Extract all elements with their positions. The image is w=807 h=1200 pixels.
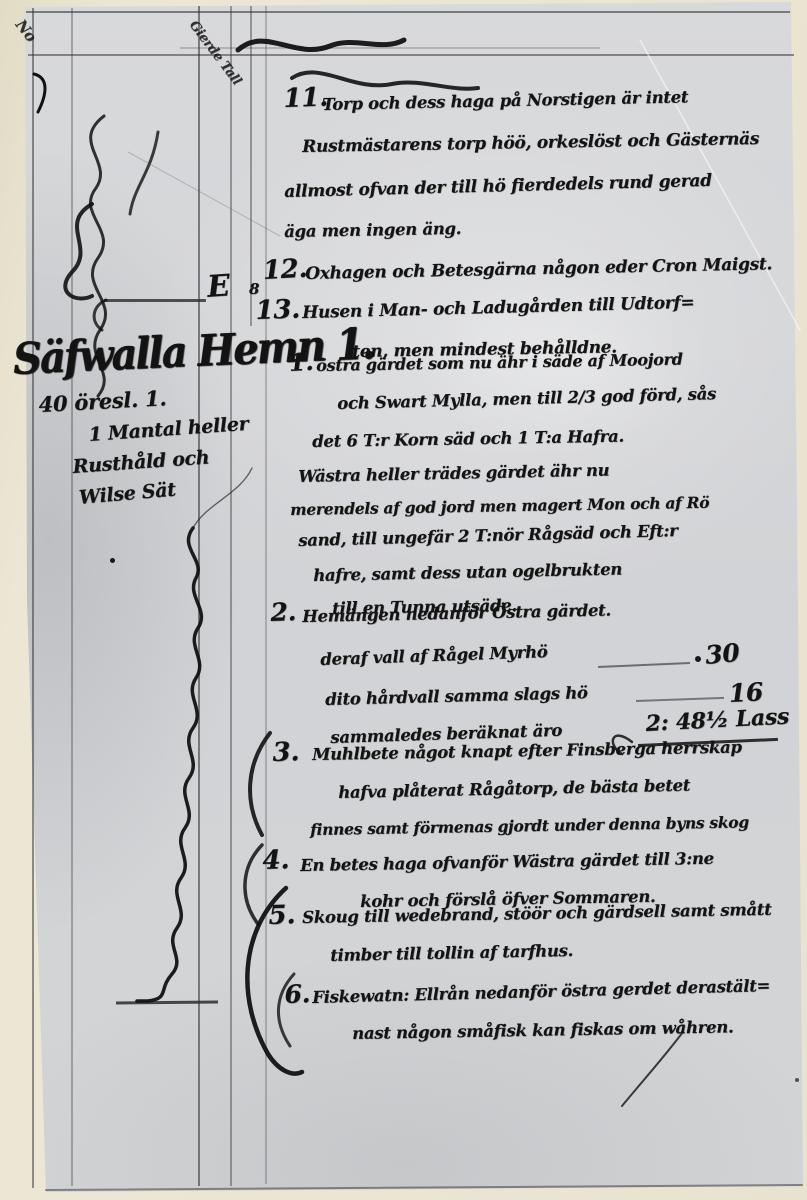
entry-number: 2.: [270, 597, 296, 627]
entry-number: 5.: [268, 900, 296, 931]
ruled-line-vertical: [198, 6, 200, 1186]
section-mark: E: [206, 268, 231, 304]
entry-number: 1.: [288, 347, 314, 377]
entry-number: 3.: [272, 737, 300, 768]
entry-number: 6.: [284, 979, 310, 1009]
hay-value: 16: [728, 677, 764, 708]
entry-number: 4.: [262, 845, 290, 876]
ruled-line-vertical: [265, 6, 267, 1184]
ruled-line-horizontal: [28, 54, 794, 56]
hay-value: 30: [704, 638, 741, 670]
ink-speck: [795, 1078, 799, 1082]
ruled-line-vertical: [230, 6, 232, 1186]
ruled-line-vertical: [32, 8, 34, 1188]
manuscript-photo: No Gierde Tall 11. Torp och dess haga på…: [0, 0, 807, 1200]
ruled-line-horizontal: [180, 47, 600, 49]
ruled-line-horizontal: [26, 11, 790, 13]
ruled-line-vertical: [71, 8, 73, 1186]
bracket-line: [104, 299, 206, 302]
item-number: 12.: [262, 254, 308, 286]
ink-speck: [110, 558, 115, 563]
ink-speck: [695, 656, 701, 662]
section-mark: 8: [249, 280, 259, 298]
manuscript-line: äga men ingen äng.: [284, 219, 461, 241]
